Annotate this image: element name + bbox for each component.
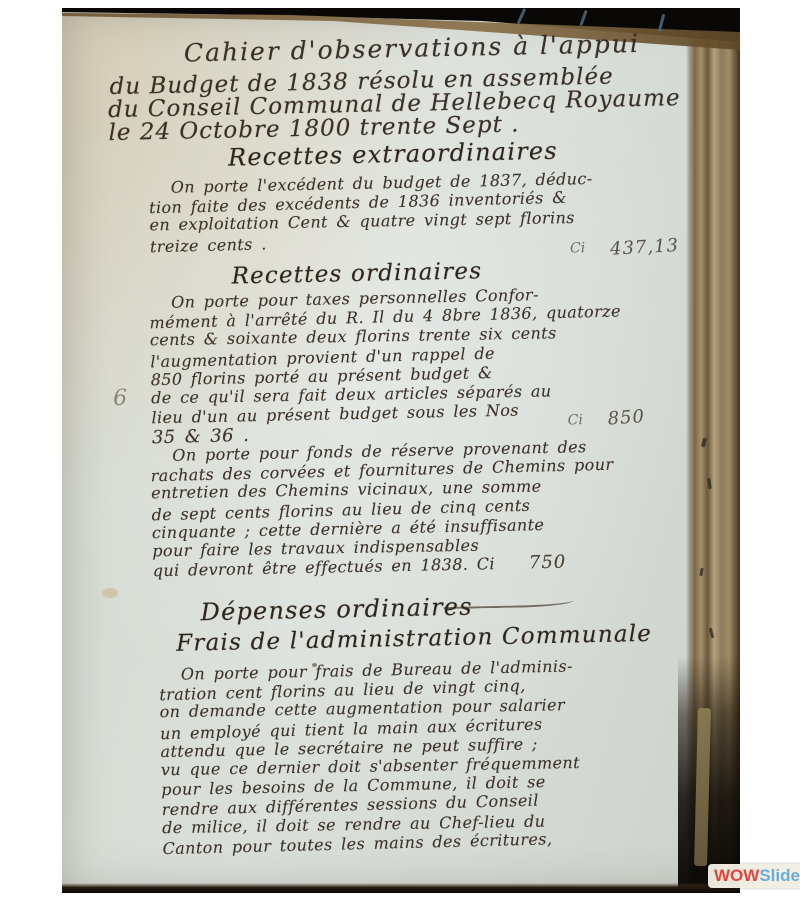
amount-value: 850: [607, 406, 646, 430]
paragraph-chemins-vicinaux: On porte pour fonds de réserve provenant…: [150, 437, 653, 582]
paragraph-recettes-extraordinaires: On porte l'excédent du budget de 1837, d…: [149, 168, 631, 255]
ci-abbreviation: Ci: [568, 412, 584, 428]
slider-stage: Cahier d'observations à l'appui du Budge…: [0, 0, 800, 900]
manuscript-photo: Cahier d'observations à l'appui du Budge…: [62, 8, 740, 893]
heading-recettes-extraordinaires: Recettes extraordinaires: [228, 137, 558, 172]
amount-value: 750: [529, 552, 567, 574]
heading-recettes-ordinaires: Recettes ordinaires: [231, 258, 482, 289]
wowslider-watermark[interactable]: WOWSlider: [708, 864, 800, 888]
amount-value: 437,13: [610, 235, 680, 260]
manuscript-page: Cahier d'observations à l'appui du Budge…: [62, 8, 740, 893]
heading-depenses-ordinaires: Dépenses ordinaires: [200, 593, 473, 627]
title-line: Cahier d'observations à l'appui: [184, 29, 641, 68]
watermark-slider-text: Slider: [759, 866, 800, 886]
margin-page-number: 6: [113, 386, 128, 411]
paragraph-frais-bureau: On porte pour frais de Bureau de l'admin…: [159, 655, 653, 857]
pen-flourish: [443, 594, 573, 609]
ci-abbreviation: Ci: [570, 240, 586, 256]
watermark-wow-text: WOW: [714, 866, 759, 886]
heading-frais-administration: Frais de l'administration Communale: [176, 621, 652, 657]
